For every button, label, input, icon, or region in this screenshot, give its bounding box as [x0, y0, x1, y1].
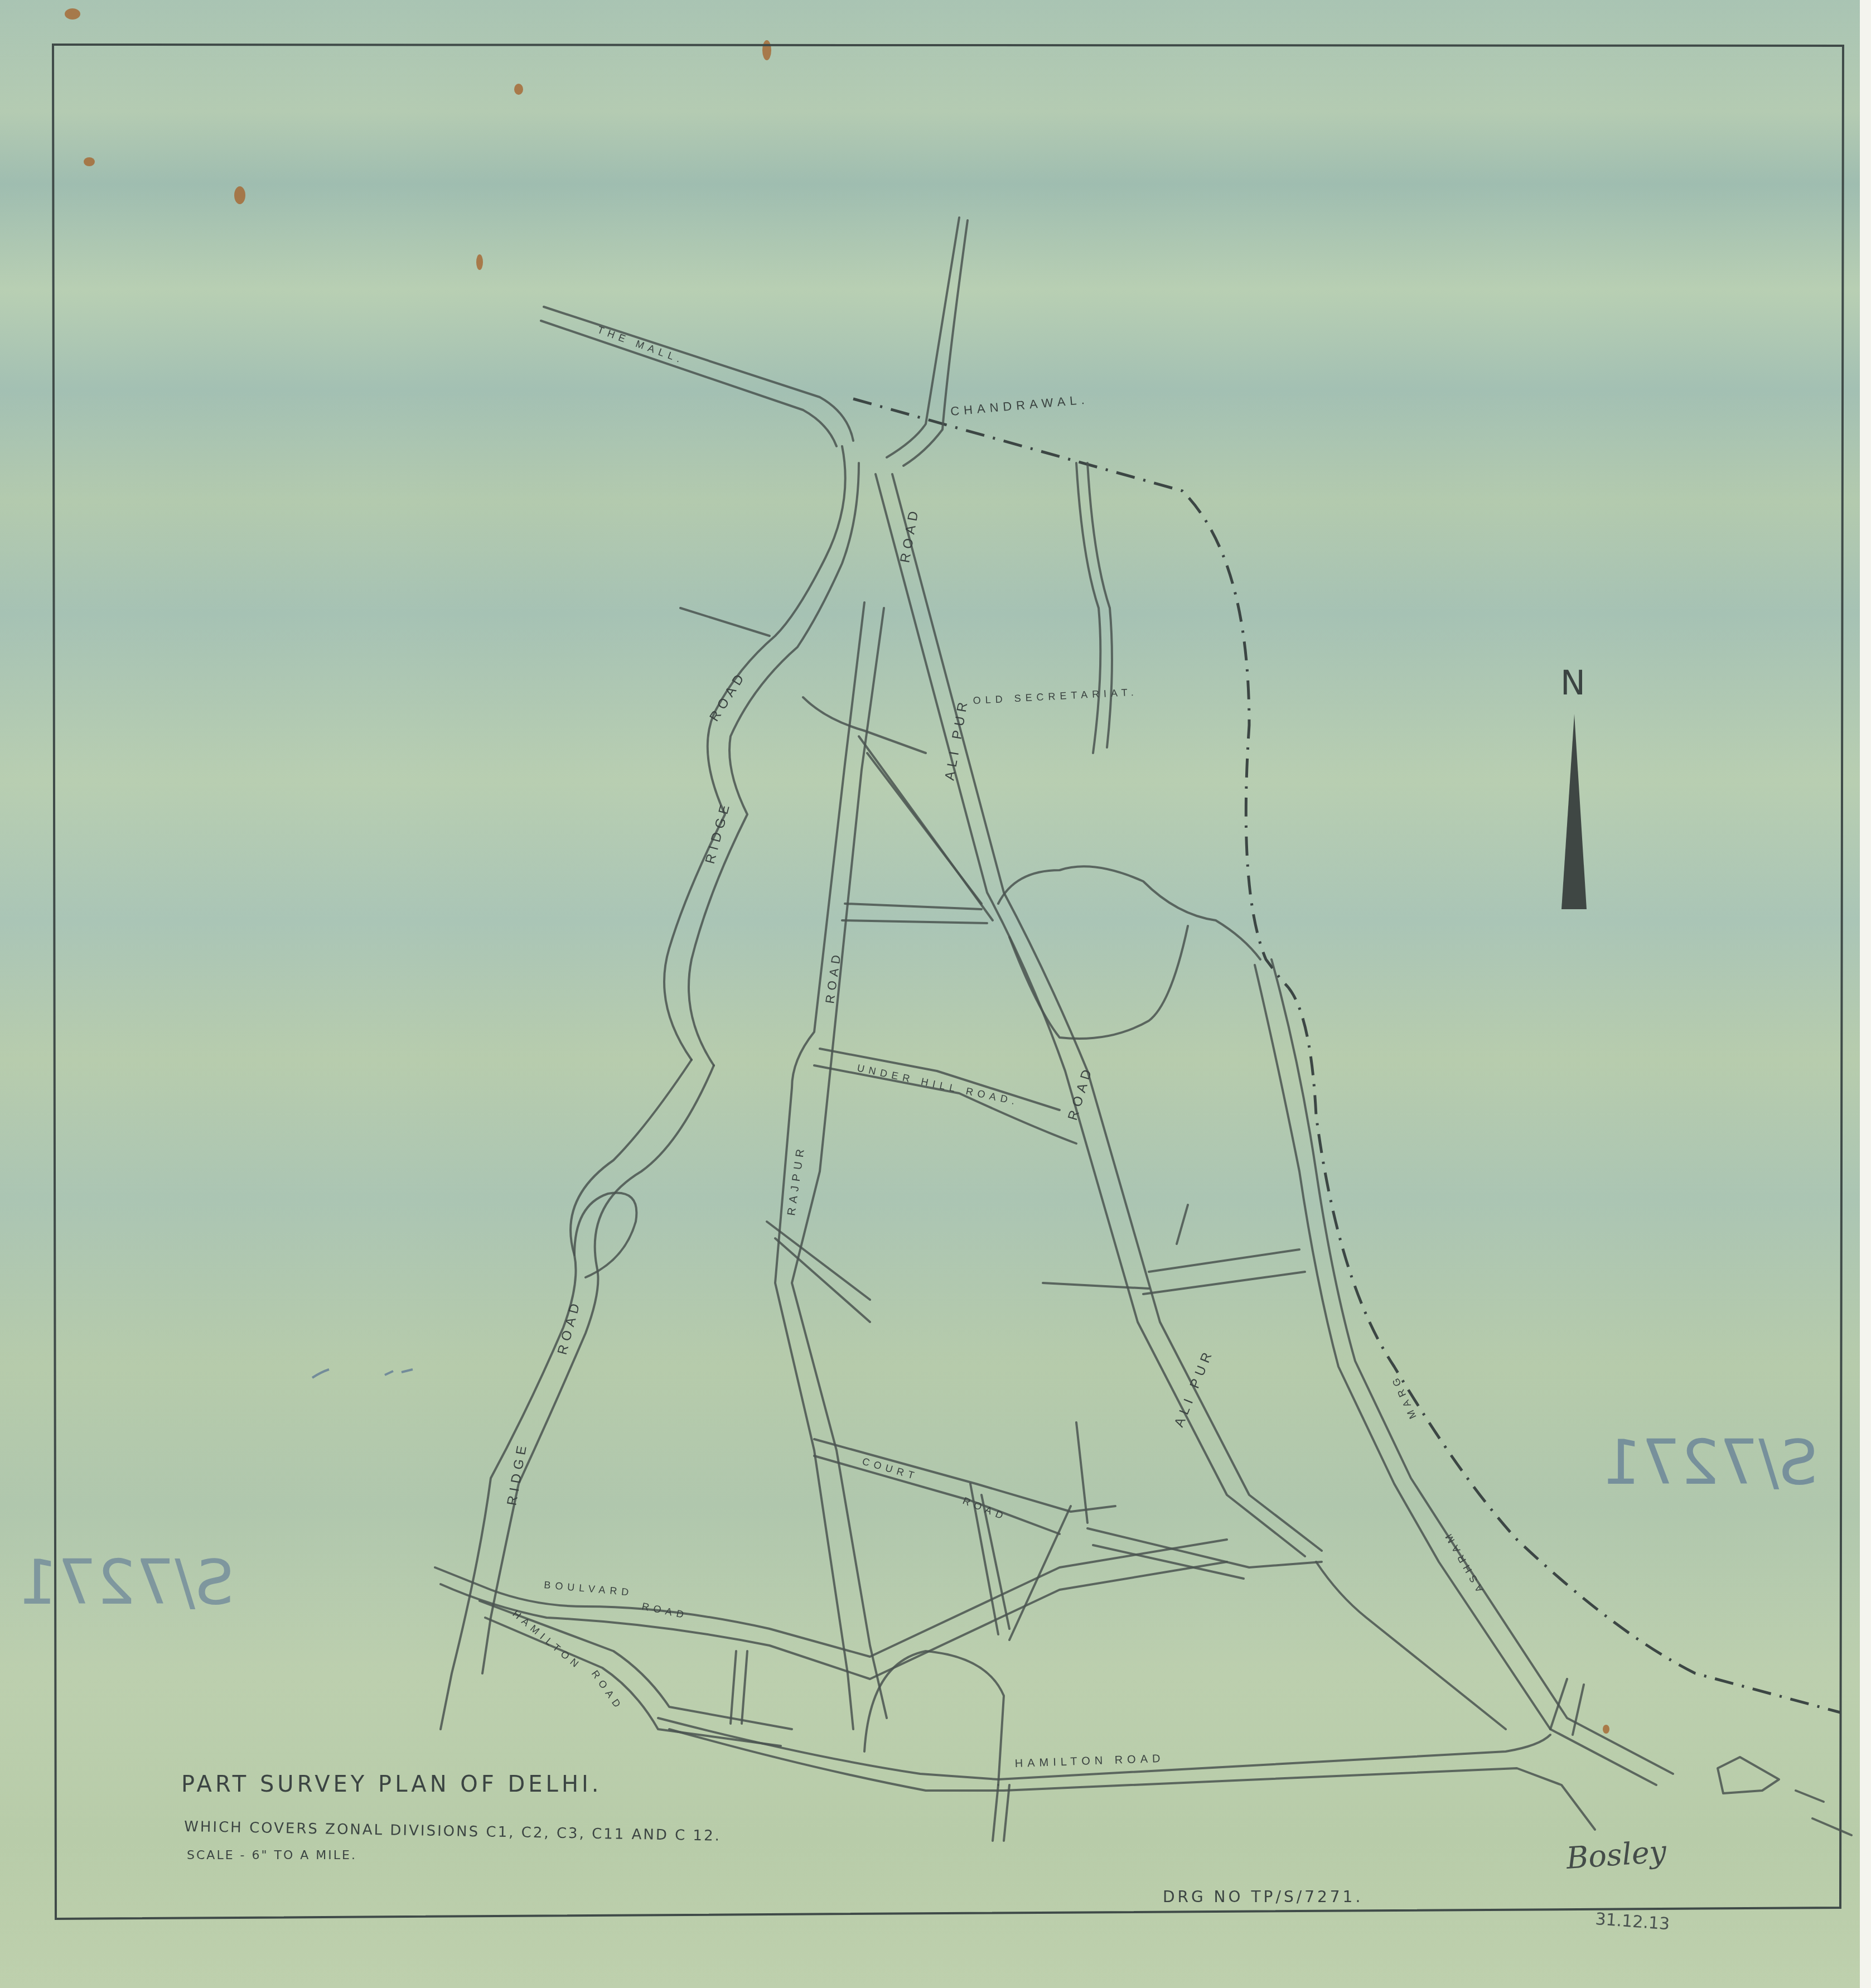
label-under-hill-road: UNDER HILL ROAD. — [856, 1062, 1020, 1107]
ink-marks — [312, 1369, 413, 1378]
title-block: PART SURVEY PLAN OF DELHI. WHICH COVERS … — [181, 1772, 721, 1862]
label-court-road-2: ROAD — [961, 1495, 1009, 1523]
drawing-number: DRG NO TP/S/7271. — [1163, 1888, 1363, 1906]
label-ridge-road-lower-ridge: RIDGE — [504, 1440, 530, 1507]
map-scale: SCALE - 6" TO A MILE. — [187, 1849, 357, 1862]
survey-plan-drawing: N CHANDRAWAL. OLD SECRETARIAT. THE MALL.… — [0, 0, 1871, 1988]
bleed-through-mark-right: S/7271 — [1602, 1427, 1818, 1498]
label-chandrawal: CHANDRAWAL. — [950, 392, 1089, 418]
map-title: PART SURVEY PLAN OF DELHI. — [181, 1772, 602, 1797]
label-ridge-road-upper-road: ROAD — [707, 668, 750, 724]
drawing-frame — [53, 45, 1843, 1919]
rust-stains — [65, 8, 1609, 1734]
label-rajpur-name: RAJPUR — [785, 1144, 808, 1217]
north-arrow-label: N — [1560, 664, 1585, 703]
label-boulvard-road-2: ROAD — [641, 1600, 689, 1621]
label-alipur-upper-road: ROAD — [897, 506, 922, 564]
label-hamilton-road-bottom: HAMILTON ROAD — [1014, 1753, 1164, 1770]
road-network — [435, 218, 1851, 1841]
label-old-secretariat: OLD SECRETARIAT. — [973, 687, 1138, 706]
signature-date: 31.12.13 — [1594, 1909, 1670, 1934]
map-sheet: N CHANDRAWAL. OLD SECRETARIAT. THE MALL.… — [0, 0, 1871, 1988]
svg-text:S/7271: S/7271 — [18, 1547, 234, 1618]
label-ashram: ASHRAM — [1441, 1528, 1486, 1594]
map-subtitle: WHICH COVERS ZONAL DIVISIONS C1, C2, C3,… — [184, 1818, 721, 1845]
label-alipur-mid-road: ROAD — [1065, 1064, 1096, 1122]
bleed-through-mark-left: S/7271 — [18, 1547, 234, 1618]
label-boulvard-road-1: BOULVARD — [544, 1579, 634, 1598]
signature: Bosley — [1565, 1833, 1669, 1876]
svg-text:S/7271: S/7271 — [1602, 1427, 1818, 1498]
north-arrow: N — [1560, 664, 1587, 909]
label-hamilton-road-diag-2: ROAD — [589, 1668, 626, 1713]
